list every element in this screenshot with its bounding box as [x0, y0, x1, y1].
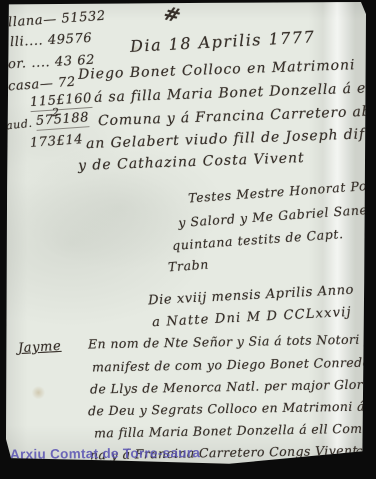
witness-line: y Salord y Me Gabriel Saneay	[178, 201, 376, 230]
margin-account-line-5: 575188	[35, 110, 89, 131]
margin-account-line-2: lli.... 49576	[10, 31, 93, 50]
body-line: ma filla Maria Bonet Donzella á ell Comu…	[94, 421, 376, 441]
hash-mark: #	[160, 3, 184, 28]
entry-line: Comuna y á Francina Carretero ab Ju-	[98, 103, 376, 129]
archive-stamp: Arxiu Comtat de Torre-saura	[10, 445, 200, 462]
margin-account-line-1: llana— 51532	[8, 9, 107, 31]
entry-line: Diego Bonet Colloco en Matrimoni	[78, 57, 356, 83]
witness-line: quintana testits de Capt.	[172, 226, 344, 253]
entry-line: á sa filla Maria Bonet Donzella á ell	[94, 80, 376, 106]
margin-note-jayme: Jayme	[18, 339, 62, 356]
manuscript-page: llana— 51532 lli.... 49576 or. .... 43 6…	[6, 2, 366, 467]
witness-line: Trabn	[168, 257, 210, 275]
witness-line: Testes Mestre Honorat Pou	[188, 177, 376, 205]
margin-account-label: aud.	[5, 117, 33, 133]
folio-mark: a 6	[341, 447, 364, 464]
body-line: En nom de Nte Señor y Sia á tots Notori …	[88, 332, 372, 352]
body-line: manifest de com yo Diego Bonet Conredor	[92, 355, 376, 375]
latin-dateline: a Natte Dni M D CCLxxvij	[152, 305, 352, 330]
margin-account-line-6: 173£14	[30, 132, 84, 151]
latin-dateline: Die xviij mensis Aprilis Anno	[148, 283, 355, 309]
body-line: de Llys de Menorca Natl. per major Glori…	[90, 377, 376, 397]
entry-line: y de Cathazina Costa Vivent	[78, 150, 305, 174]
entry-heading-date: Dia 18 Aprilis 1777	[130, 27, 316, 56]
body-line: de Deu y Segrats Colloco en Matrimoni á	[88, 399, 365, 419]
photo-backdrop: llana— 51532 lli.... 49576 or. .... 43 6…	[0, 0, 376, 479]
margin-account-fraction-numerator: 115£160	[29, 91, 92, 112]
entry-line: an Gelabert viudo fill de Joseph dift.	[86, 126, 376, 152]
margin-account-line-4: casa— 72	[8, 75, 77, 95]
